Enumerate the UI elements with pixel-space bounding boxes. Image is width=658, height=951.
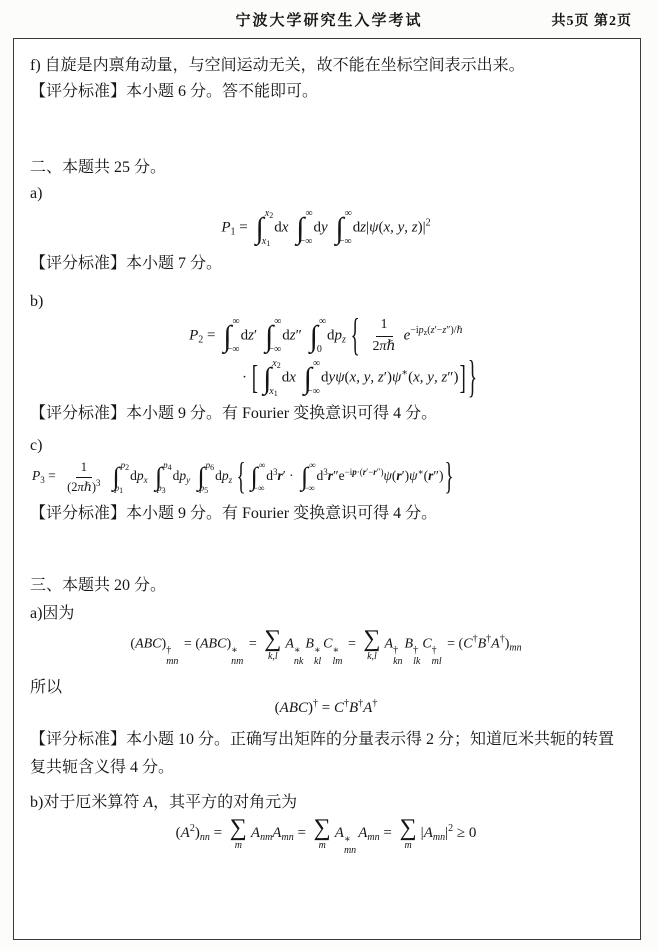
- item-3a-label: a)因为: [30, 601, 622, 627]
- answer-f-line: f) 自旋是内禀角动量，与空间运动无关，故不能在坐标空间表示出来。: [30, 53, 622, 79]
- grading-b: 【评分标准】本小题 9 分。有 Fourier 变换意识可得 4 分。: [30, 401, 622, 427]
- item-3b-label: b)对于厄米算符 A，其平方的对角元为: [30, 790, 622, 816]
- equation-abc-expansion: (ABC)†mn = (ABC)∗nm = ∑k,lA∗nkB∗klC∗lm =…: [30, 627, 622, 667]
- equation-p2-line2: · [∫x2x1dx ∫∞−∞dyψ(x, y, z′)ψ∗(x, y, z″)…: [30, 357, 622, 399]
- item-c-label: c): [30, 433, 622, 459]
- page-number: 共5页 第2页: [552, 10, 633, 30]
- section-2-heading: 二、本题共 25 分。: [30, 155, 622, 181]
- item-b-label: b): [30, 289, 622, 315]
- equation-p2-line1: P2 = ∫∞−∞dz′ ∫∞−∞dz″ ∫∞0dpz { 12πℏe−ipz(…: [30, 315, 622, 357]
- item-a-label: a): [30, 181, 622, 207]
- equation-a-squared: (A2)nn = ∑mAnmAmn = ∑mA∗mnAmn = ∑m|Amn|2…: [30, 816, 622, 856]
- grading-a: 【评分标准】本小题 7 分。: [30, 251, 622, 277]
- equation-abc-result: (ABC)† = C†B†A†: [30, 701, 622, 716]
- content-box: f) 自旋是内禀角动量，与空间运动无关，故不能在坐标空间表示出来。 【评分标准】…: [13, 38, 641, 940]
- grading-c: 【评分标准】本小题 9 分。有 Fourier 变换意识可得 4 分。: [30, 501, 622, 527]
- grading-f: 【评分标准】本小题 6 分。答不能即可。: [30, 79, 622, 105]
- conclusion-suoyi: 所以: [30, 675, 622, 701]
- section-3-heading: 三、本题共 20 分。: [30, 573, 622, 599]
- grading-3a: 【评分标准】本小题 10 分。正确写出矩阵的分量表示得 2 分；知道厄米共轭的转…: [30, 726, 622, 782]
- equation-p3: P3 = 1(2πℏ)3∫p2p1dpx ∫p4p3dpy ∫p6p5dpz {…: [32, 459, 622, 495]
- equation-p1: P1 = ∫x2x1dx ∫∞−∞dy ∫∞−∞dz|ψ(x, y, z)|2: [30, 207, 622, 249]
